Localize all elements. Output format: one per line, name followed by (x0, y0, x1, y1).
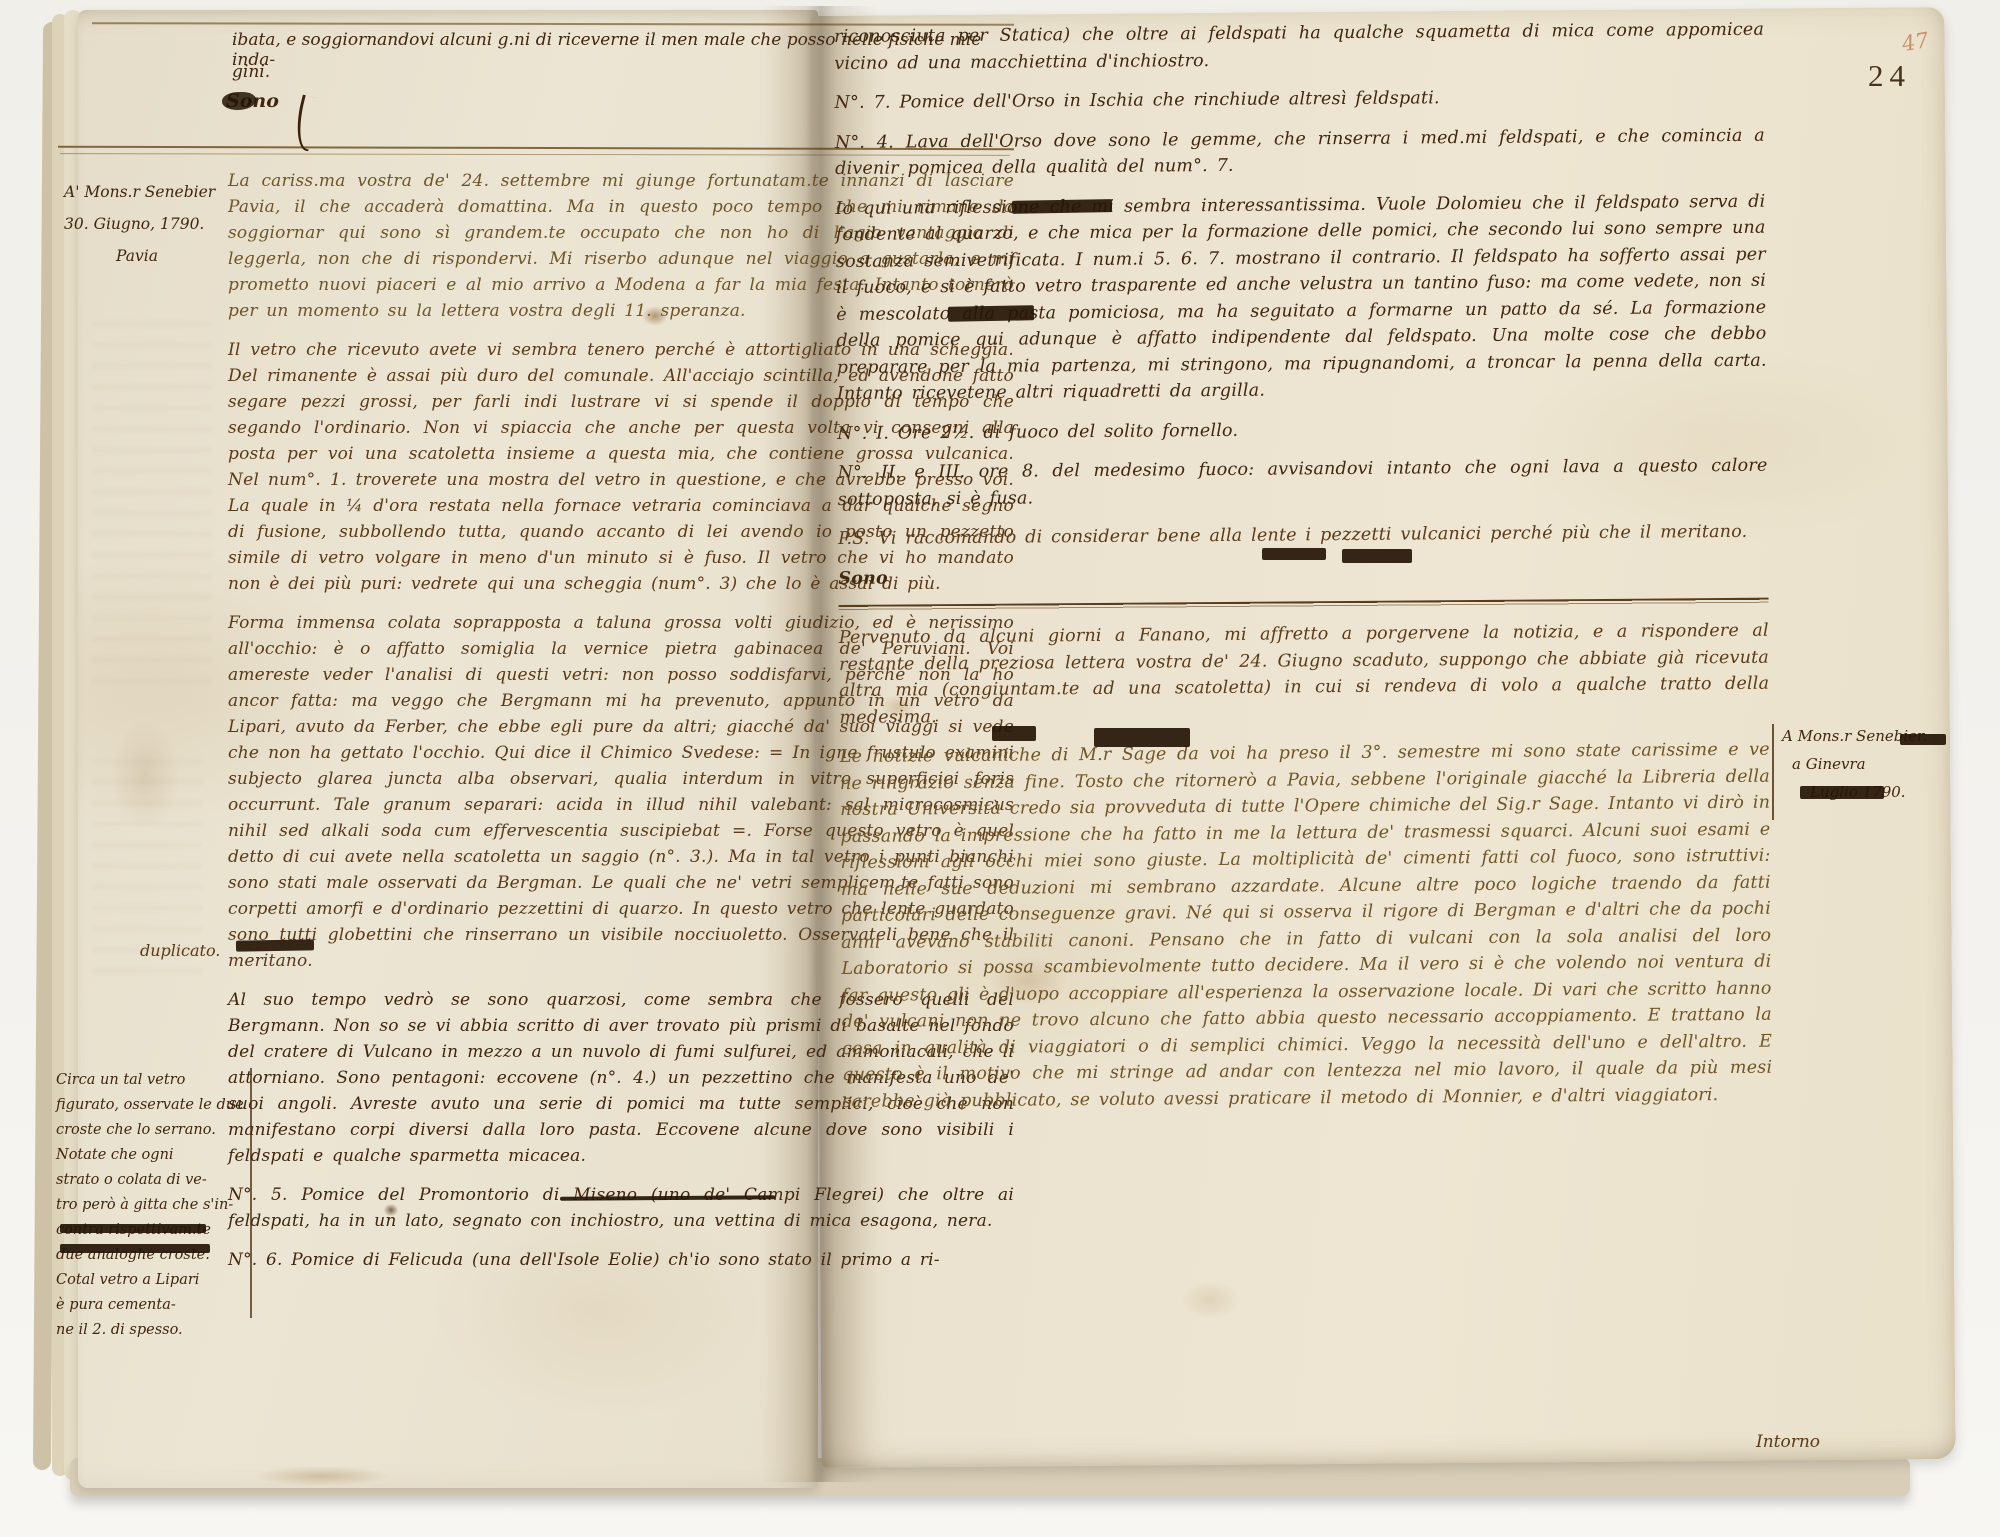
address-date: 30. Giugno, 1790. (64, 208, 229, 240)
ink-strikeout (236, 939, 314, 951)
ink-strikeout (60, 1224, 206, 1233)
ink-strikeout (60, 1244, 210, 1253)
specimen-item: N°. 5. Pomice del Promontorio di Miseno … (228, 1182, 1014, 1234)
ink-strikeout (948, 305, 1034, 321)
letter-signoff: Sono (838, 558, 1768, 592)
ink-strikeout (992, 726, 1036, 741)
margin-brace (1772, 724, 1774, 820)
ink-strikeout (1900, 734, 1946, 745)
page-number: 24 (1868, 58, 1911, 94)
ink-strikeout (1262, 548, 1326, 560)
ink-strikeout (1012, 199, 1112, 214)
carryover-paragraph: riconosciuta per Statica) che oltre ai f… (834, 17, 1764, 77)
ink-strikeout (1800, 786, 1884, 799)
address-margin-note: A' Mons.r Senebier 30. Giugno, 1790. Pav… (64, 176, 229, 272)
manuscript-scan: ibata, e soggiornandovi alcuni g.ni di r… (0, 0, 2000, 1537)
catchword: Intorno (1756, 1432, 1820, 1452)
specimen-item: N°. 7. Pomice dell'Orso in Ischia che ri… (835, 83, 1765, 117)
letter-paragraph: Pervenuto da alcuni giorni a Fanano, mi … (839, 618, 1770, 731)
letter-paragraph: Io qui una riflessione che mi sembra int… (835, 188, 1767, 407)
letter-divider-rule (839, 598, 1769, 611)
folio-number-faint: 47 (1900, 28, 1930, 56)
specimen-item: N°. 6. Pomice di Felicuda (una dell'Isol… (228, 1247, 1014, 1273)
address-recipient: A' Mons.r Senebier (64, 176, 229, 208)
experiment-item: N°. I. Ore 2½. di fuoco del solito forne… (837, 413, 1767, 447)
right-page-text: riconosciuta per Statica) che oltre ai f… (834, 17, 1773, 1128)
margin-brace (250, 1068, 252, 1318)
vetro-margin-note: Circa un tal vetro figurato, osservate l… (56, 1068, 244, 1343)
address-place: a Ginevra (1782, 750, 1987, 778)
specimen-item: N°. 4. Lava dell'Orso dove sono le gemme… (835, 122, 1765, 182)
letter-paragraph: Le notizie vulcaniche di M.r Sage da voi… (840, 737, 1773, 1115)
address-recipient: A Mons.r Senebier. (1782, 722, 1987, 750)
ink-strikeout (1342, 549, 1412, 563)
experiment-item: N°. II. e III. ore 8. del medesimo fuoco… (837, 453, 1767, 513)
carryover-line: gini. (232, 62, 270, 82)
address-place: Pavia (64, 240, 229, 272)
ink-strikeout (1094, 728, 1190, 747)
duplicato-note: duplicato. (140, 938, 220, 963)
